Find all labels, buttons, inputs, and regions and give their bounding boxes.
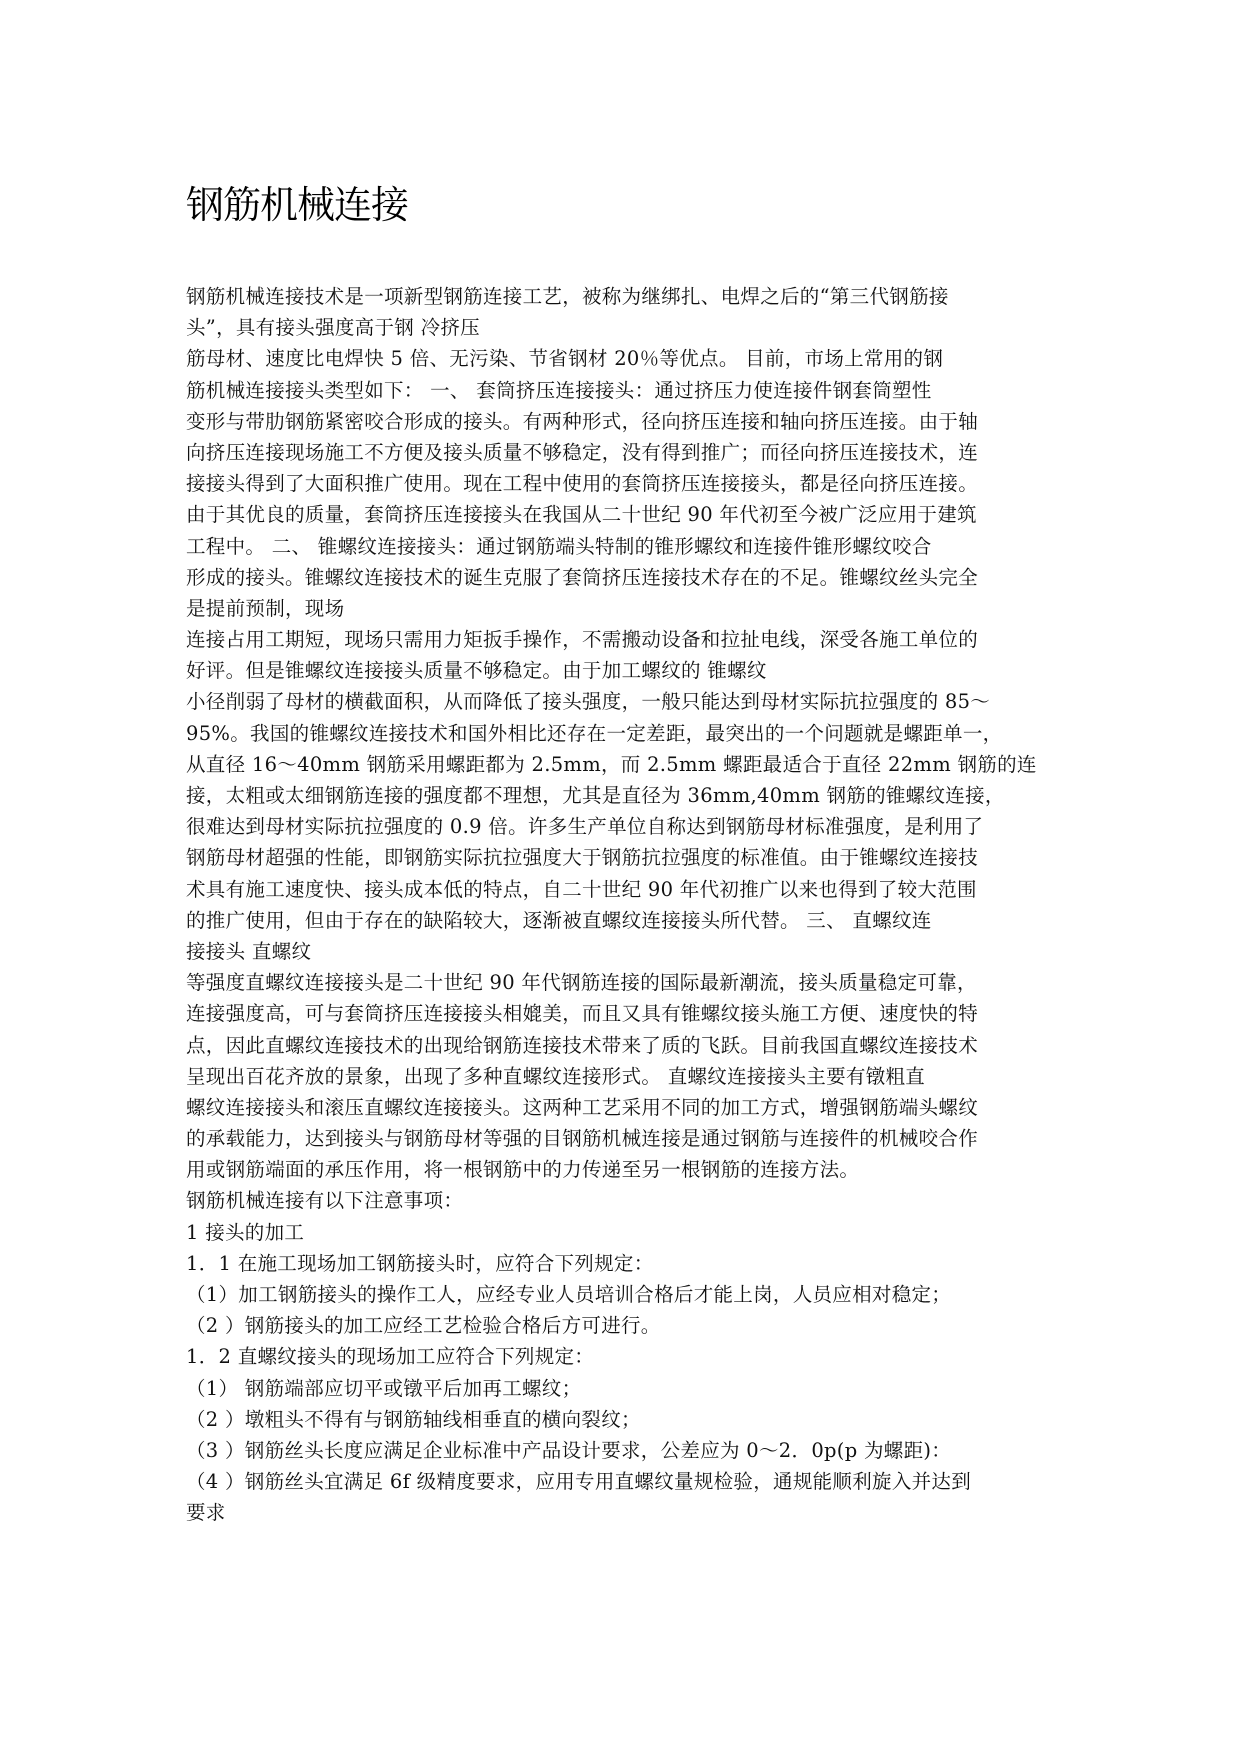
body-line: 用或钢筋端面的承压作用，将一根钢筋中的力传递至另一根钢筋的连接方法。 [186,1154,1056,1185]
list-item: （4 ）钢筋丝头宜满足 6f 级精度要求，应用专用直螺纹量规检验，通规能顺利旋入… [186,1466,1056,1497]
body-line: 螺纹连接接头和滚压直螺纹连接接头。这两种工艺采用不同的加工方式，增强钢筋端头螺纹 [186,1092,1056,1123]
body-line: 接接头 直螺纹 [186,936,1056,967]
list-item: （1）加工钢筋接头的操作工人，应经专业人员培训合格后才能上岗，人员应相对稳定； [186,1279,1056,1310]
subsection-heading: 1．1 在施工现场加工钢筋接头时，应符合下列规定： [186,1248,1056,1279]
document-title: 钢筋机械连接 [186,180,408,230]
list-item: （2 ）墩粗头不得有与钢筋轴线相垂直的横向裂纹； [186,1404,1056,1435]
body-line: 95%。我国的锥螺纹连接技术和国外相比还存在一定差距，最突出的一个问题就是螺距单… [186,718,1056,749]
body-line: 等强度直螺纹连接接头是二十世纪 90 年代钢筋连接的国际最新潮流，接头质量稳定可… [186,967,1056,998]
body-line: 的承载能力，达到接头与钢筋母材等强的目钢筋机械连接是通过钢筋与连接件的机械咬合作 [186,1123,1056,1154]
body-line: 接接头得到了大面积推广使用。现在工程中使用的套筒挤压连接接头，都是径向挤压连接。 [186,468,1056,499]
body-line: 连接占用工期短，现场只需用力矩扳手操作，不需搬动设备和拉扯电线，深受各施工单位的 [186,624,1056,655]
list-item: （2 ）钢筋接头的加工应经工艺检验合格后方可进行。 [186,1310,1056,1341]
body-line: 好评。但是锥螺纹连接接头质量不够稳定。由于加工螺纹的 锥螺纹 [186,655,1056,686]
list-item: 要求 [186,1497,1056,1528]
list-item: （1） 钢筋端部应切平或镦平后加再工螺纹； [186,1373,1056,1404]
section-heading: 1 接头的加工 [186,1217,1056,1248]
body-line: 由于其优良的质量，套筒挤压连接接头在我国从二十世纪 90 年代初至今被广泛应用于… [186,499,1056,530]
document-page: 钢筋机械连接 钢筋机械连接技术是一项新型钢筋连接工艺，被称为继绑扎、电焊之后的“… [0,0,1241,1754]
body-line: 的推广使用，但由于存在的缺陷较大，逐渐被直螺纹连接接头所代替。 三、 直螺纹连 [186,905,1056,936]
body-line: 连接强度高，可与套筒挤压连接接头相媲美，而且又具有锥螺纹接头施工方便、速度快的特 [186,998,1056,1029]
body-line: 术具有施工速度快、接头成本低的特点，自二十世纪 90 年代初推广以来也得到了较大… [186,874,1056,905]
body-line: 工程中。 二、 锥螺纹连接接头：通过钢筋端头特制的锥形螺纹和连接件锥形螺纹咬合 [186,531,1056,562]
body-line: 钢筋机械连接技术是一项新型钢筋连接工艺，被称为继绑扎、电焊之后的“第三代钢筋接 [186,281,1056,312]
body-line: 钢筋母材超强的性能，即钢筋实际抗拉强度大于钢筋抗拉强度的标准值。由于锥螺纹连接技 [186,842,1056,873]
body-line: 钢筋机械连接有以下注意事项： [186,1185,1056,1216]
body-line: 筋母材、速度比电焊快 5 倍、无污染、节省钢材 20％等优点。 目前，市场上常用… [186,343,1056,374]
body-line: 是提前预制，现场 [186,593,1056,624]
subsection-heading: 1．2 直螺纹接头的现场加工应符合下列规定： [186,1341,1056,1372]
body-line: 形成的接头。锥螺纹连接技术的诞生克服了套筒挤压连接技术存在的不足。锥螺纹丝头完全 [186,562,1056,593]
body-line: 接，太粗或太细钢筋连接的强度都不理想，尤其是直径为 36mm,40mm 钢筋的锥… [186,780,1056,811]
body-line: 小径削弱了母材的横截面积，从而降低了接头强度，一般只能达到母材实际抗拉强度的 8… [186,686,1056,717]
body-line: 呈现出百花齐放的景象，出现了多种直螺纹连接形式。 直螺纹连接接头主要有镦粗直 [186,1061,1056,1092]
list-item: （3 ）钢筋丝头长度应满足企业标准中产品设计要求，公差应为 0～2．0p(p 为… [186,1435,1056,1466]
body-line: 头”，具有接头强度高于钢 冷挤压 [186,312,1056,343]
document-body: 钢筋机械连接技术是一项新型钢筋连接工艺，被称为继绑扎、电焊之后的“第三代钢筋接 … [186,281,1056,1529]
body-line: 从直径 16～40mm 钢筋采用螺距都为 2.5mm，而 2.5mm 螺距最适合… [186,749,1056,780]
body-line: 变形与带肋钢筋紧密咬合形成的接头。有两种形式，径向挤压连接和轴向挤压连接。由于轴 [186,406,1056,437]
body-line: 向挤压连接现场施工不方便及接头质量不够稳定，没有得到推广；而径向挤压连接技术，连 [186,437,1056,468]
body-line: 筋机械连接接头类型如下： 一、 套筒挤压连接接头：通过挤压力使连接件钢套筒塑性 [186,375,1056,406]
body-line: 很难达到母材实际抗拉强度的 0.9 倍。许多生产单位自称达到钢筋母材标准强度，是… [186,811,1056,842]
body-line: 点，因此直螺纹连接技术的出现给钢筋连接技术带来了质的飞跃。目前我国直螺纹连接技术 [186,1030,1056,1061]
